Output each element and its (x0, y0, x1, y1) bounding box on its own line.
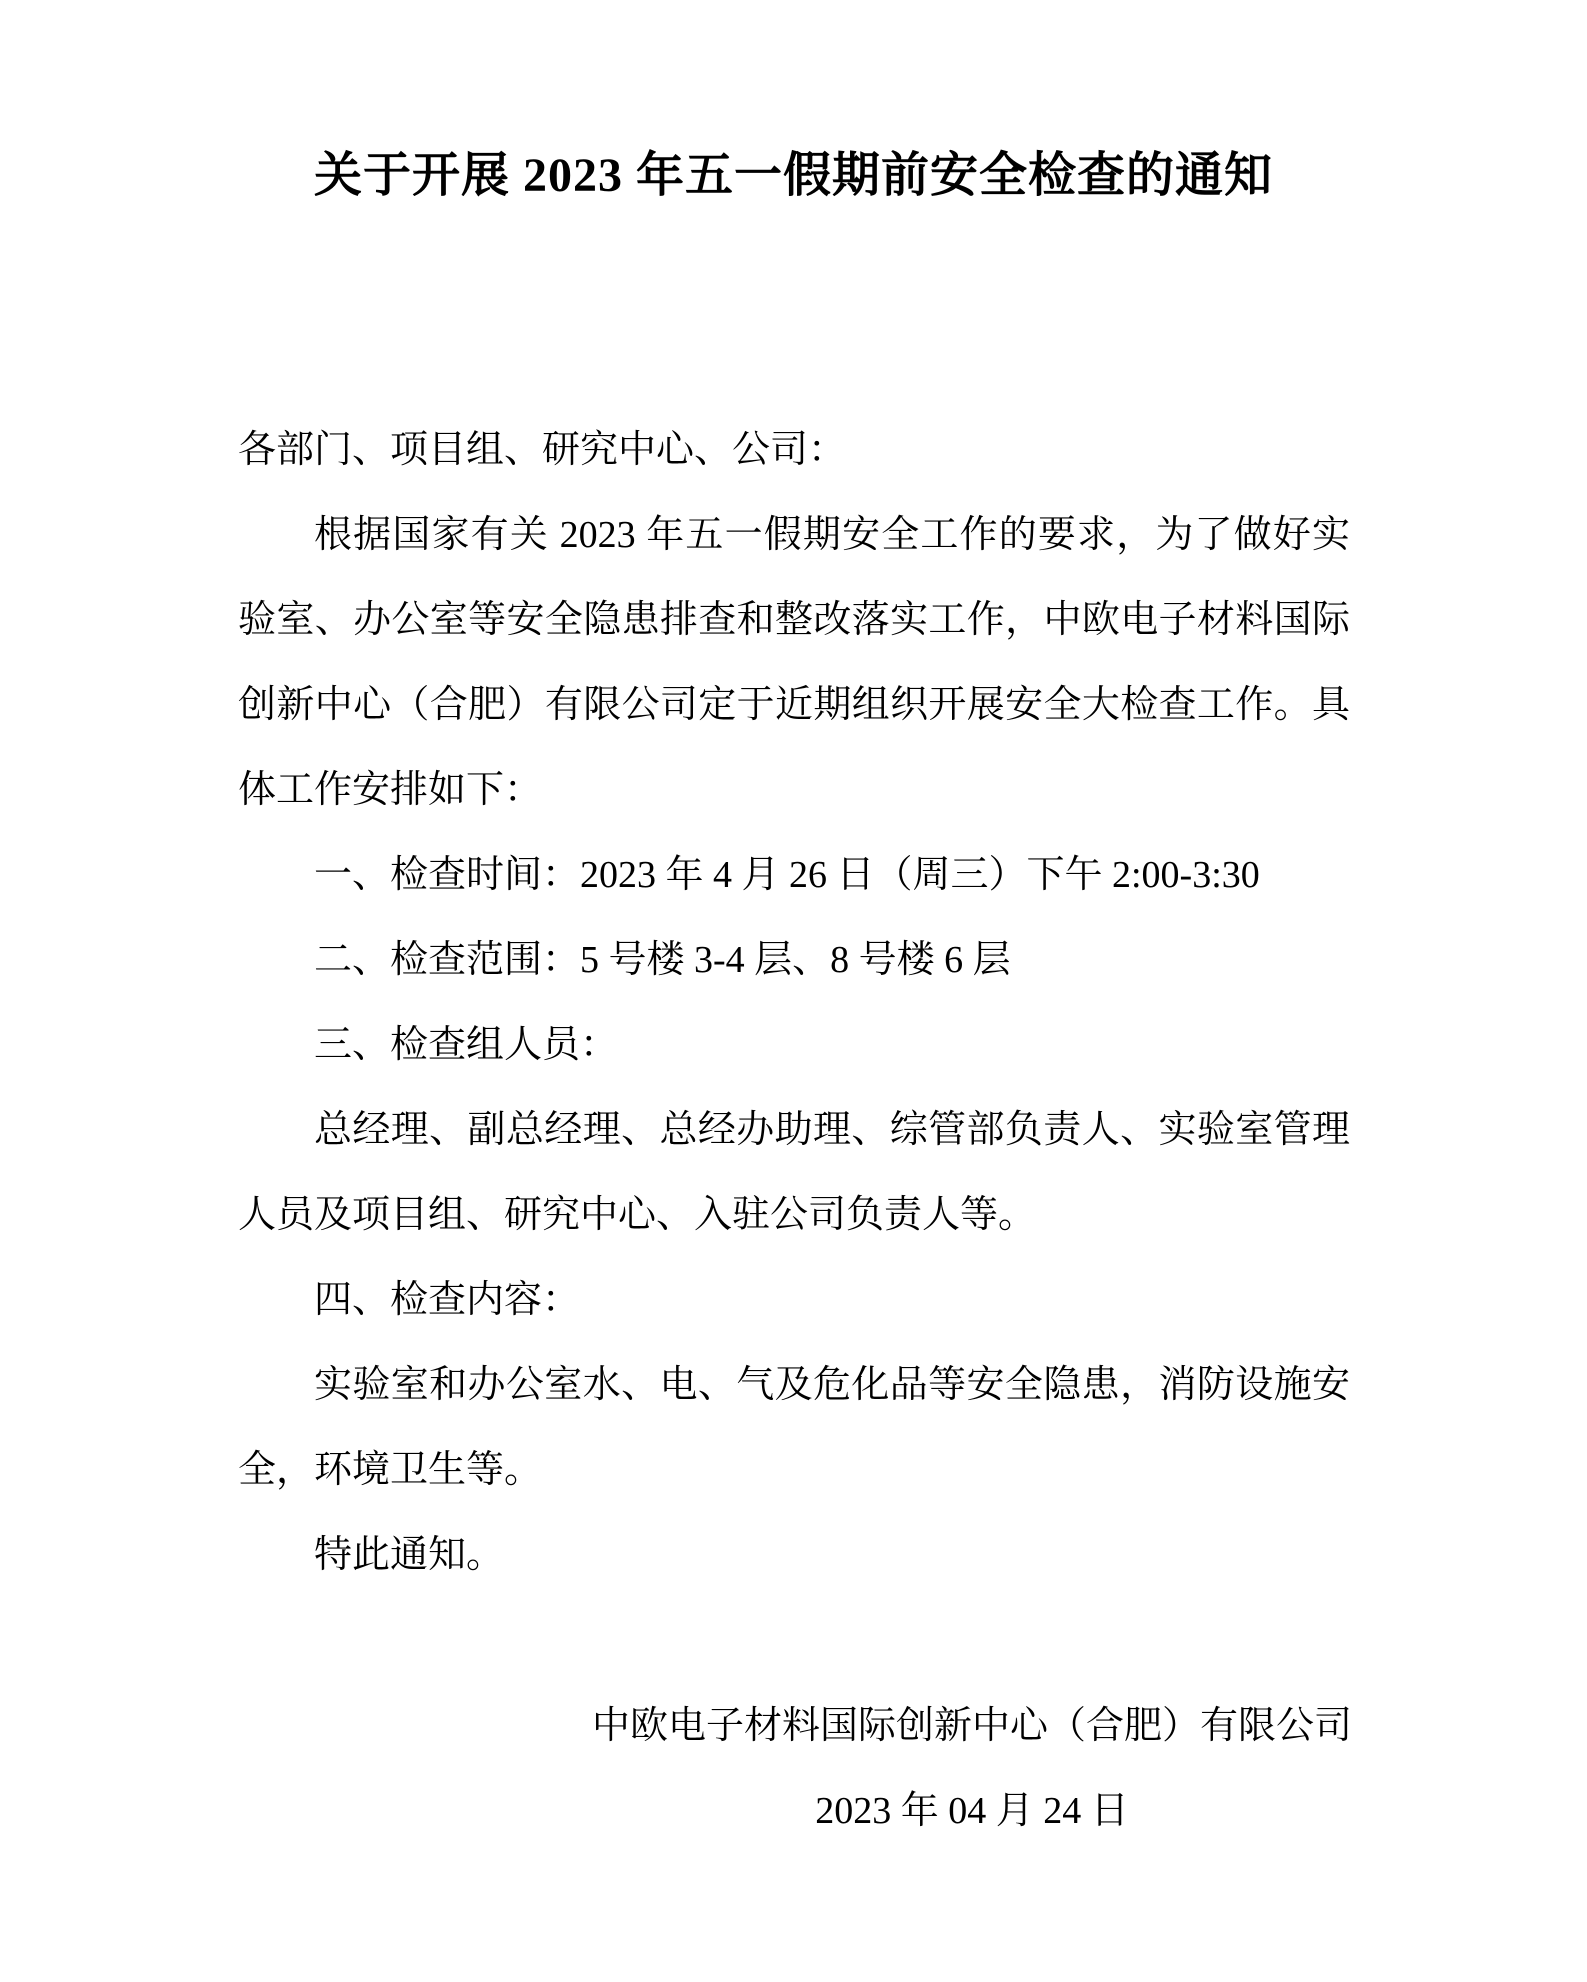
document-page: 关于开展 2023 年五一假期前安全检查的通知 各部门、项目组、研究中心、公司：… (0, 0, 1587, 1982)
item-inspection-time: 一、检查时间：2023 年 4 月 26 日（周三）下午 2:00-3:30 (238, 833, 1350, 918)
item-inspection-team-heading: 三、检查组人员： (238, 1003, 1350, 1088)
salutation-line: 各部门、项目组、研究中心、公司： (238, 408, 1350, 493)
paragraph-purpose: 根据国家有关 2023 年五一假期安全工作的要求，为了做好实验室、办公室等安全隐… (238, 493, 1350, 833)
signature-date: 2023 年 04 月 24 日 (592, 1769, 1352, 1854)
paragraph-inspection-content: 实验室和办公室水、电、气及危化品等安全隐患，消防设施安全，环境卫生等。 (238, 1343, 1350, 1513)
document-body: 各部门、项目组、研究中心、公司： 根据国家有关 2023 年五一假期安全工作的要… (238, 408, 1350, 1598)
paragraph-notice-closing: 特此通知。 (238, 1513, 1350, 1598)
document-title: 关于开展 2023 年五一假期前安全检查的通知 (0, 138, 1587, 214)
signature-block: 中欧电子材料国际创新中心（合肥）有限公司 2023 年 04 月 24 日 (592, 1684, 1352, 1854)
item-inspection-scope: 二、检查范围：5 号楼 3-4 层、8 号楼 6 层 (238, 918, 1350, 1003)
paragraph-inspection-team-members: 总经理、副总经理、总经办助理、综管部负责人、实验室管理人员及项目组、研究中心、入… (238, 1088, 1350, 1258)
signature-company-name: 中欧电子材料国际创新中心（合肥）有限公司 (592, 1684, 1352, 1769)
item-inspection-content-heading: 四、检查内容： (238, 1258, 1350, 1343)
